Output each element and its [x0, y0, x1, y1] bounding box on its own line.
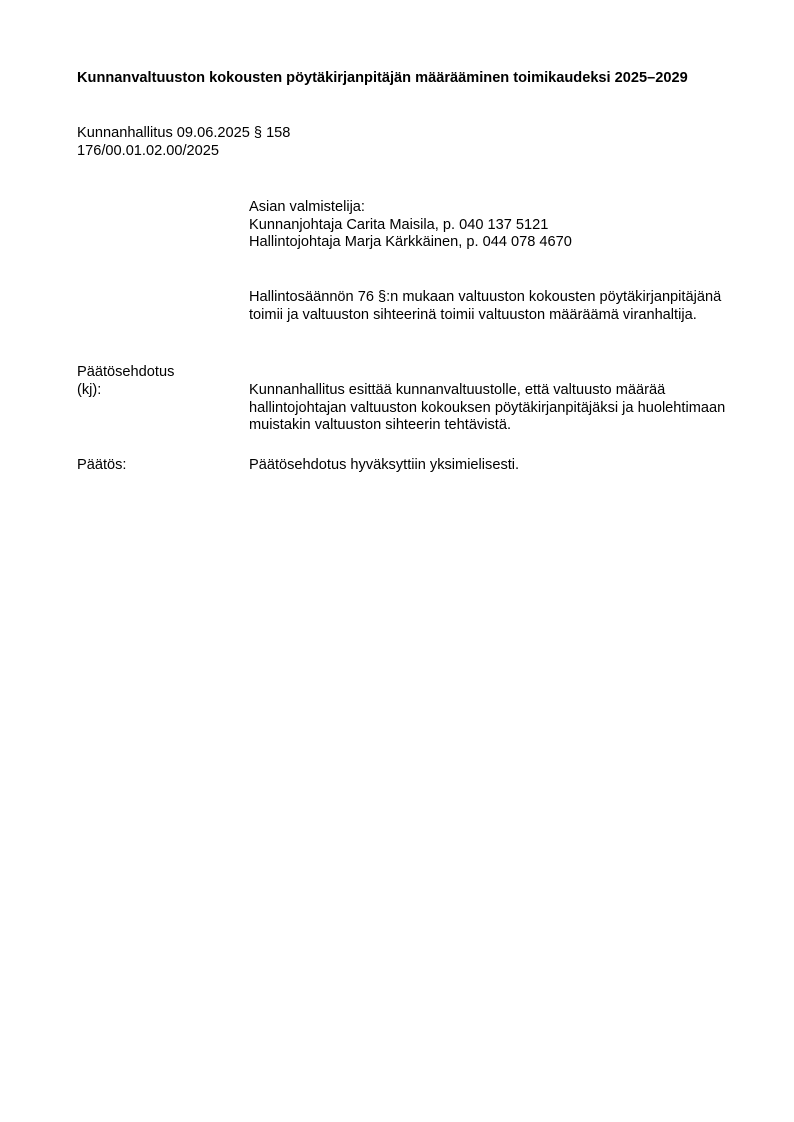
background-text: Hallintosäännön 76 §:n mukaan valtuuston… — [249, 289, 734, 324]
preparer-line: Kunnanjohtaja Carita Maisila, p. 040 137… — [249, 217, 734, 235]
meeting-reference: Kunnanhallitus 09.06.2025 § 158 — [77, 125, 290, 143]
decision-text: Päätösehdotus hyväksyttiin yksimielisest… — [249, 457, 734, 475]
document-title: Kunnanvaltuuston kokousten pöytäkirjanpi… — [77, 69, 727, 87]
background-paragraph: Hallintosäännön 76 §:n mukaan valtuuston… — [249, 289, 734, 324]
decision-label: Päätös: — [77, 457, 127, 475]
proposal-label-suffix: (kj): — [77, 382, 101, 400]
proposal-text: Kunnanhallitus esittää kunnanvaltuustoll… — [249, 382, 734, 435]
record-id: 176/00.01.02.00/2025 — [77, 143, 290, 161]
preparer-heading: Asian valmistelija: — [249, 199, 734, 217]
proposal-section: Kunnanhallitus esittää kunnanvaltuustoll… — [249, 382, 734, 435]
preparer-line: Hallintojohtaja Marja Kärkkäinen, p. 044… — [249, 234, 734, 252]
proposal-label: Päätösehdotus — [77, 364, 174, 382]
meeting-meta: Kunnanhallitus 09.06.2025 § 158 176/00.0… — [77, 125, 290, 160]
preparer-section: Asian valmistelija: Kunnanjohtaja Carita… — [249, 199, 734, 252]
decision-section: Päätösehdotus hyväksyttiin yksimielisest… — [249, 457, 734, 475]
